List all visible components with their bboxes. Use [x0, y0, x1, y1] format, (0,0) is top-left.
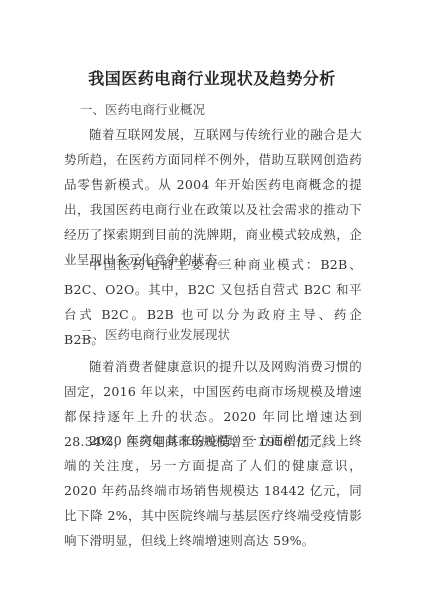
document-title: 我国医药电商行业现状及趋势分析 [0, 66, 424, 89]
paragraph: 2020 年突如其来的疫情，一方面增加了线上终端的关注度，另一方面提高了人们的健… [64, 428, 362, 553]
paragraph: 随着互联网发展，互联网与传统行业的融合是大势所趋，在医药方面同样不例外，借助互联… [64, 122, 362, 272]
document-page: 我国医药电商行业现状及趋势分析 一、医药电商行业概况 随着互联网发展，互联网与传… [0, 0, 424, 600]
section-heading: 一、医药电商行业概况 [80, 100, 205, 118]
section-heading: 二、医药电商行业发展现状 [80, 325, 230, 343]
